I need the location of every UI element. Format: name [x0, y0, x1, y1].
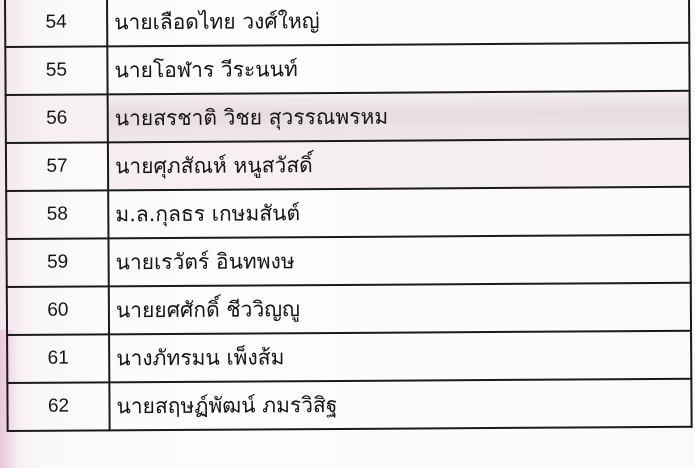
table-row: 55 นายโอฬาร วีระนนท์ [5, 43, 689, 95]
row-name: นายศุภสัณห์ หนูสวัสดิ์ [108, 139, 690, 191]
table-row: 58 ม.ล.กุลธร เกษมสันต์ [6, 187, 690, 239]
row-name: นางภัทรมน เพ็งส้ม [109, 331, 691, 383]
table-row: 61 นางภัทรมน เพ็งส้ม [7, 331, 691, 383]
table-row: 57 นายศุภสัณห์ หนูสวัสดิ์ [6, 139, 690, 191]
row-name: นายสรชาติ วิชย สุวรรณพรหม [108, 91, 690, 143]
row-name: ม.ล.กุลธร เกษมสันต์ [108, 187, 690, 239]
row-name: นายเลือดไทย วงศ์ใหญ่ [107, 0, 689, 46]
row-number: 58 [6, 190, 108, 239]
row-name: นายเรวัตร์ อินทพงษ [108, 235, 690, 287]
table-row: 62 นายสฤษฏ์พัฒน์ ภมรวิสิฐ [7, 379, 691, 431]
row-number: 60 [7, 286, 109, 335]
document-page: 54 นายเลือดไทย วงศ์ใหญ่ 55 นายโอฬาร วีระ… [0, 0, 695, 468]
row-number: 61 [7, 334, 109, 383]
row-number: 55 [5, 46, 107, 95]
row-name: นายสฤษฏ์พัฒน์ ภมรวิสิฐ [109, 379, 691, 431]
table-row: 60 นายยศศักดิ์ ชีววิญญู [7, 283, 691, 335]
row-number: 54 [5, 0, 107, 47]
row-number: 59 [6, 238, 108, 287]
row-name: นายยศศักดิ์ ชีววิญญู [109, 283, 691, 335]
row-number: 57 [6, 142, 108, 191]
row-name: นายโอฬาร วีระนนท์ [107, 43, 689, 95]
table-row: 56 นายสรชาติ วิชย สุวรรณพรหม [6, 91, 690, 143]
table-row: 59 นายเรวัตร์ อินทพงษ [6, 235, 690, 287]
row-number: 56 [6, 94, 108, 143]
roster-table: 54 นายเลือดไทย วงศ์ใหญ่ 55 นายโอฬาร วีระ… [4, 0, 693, 432]
row-number: 62 [7, 382, 109, 431]
table-row: 54 นายเลือดไทย วงศ์ใหญ่ [5, 0, 689, 47]
